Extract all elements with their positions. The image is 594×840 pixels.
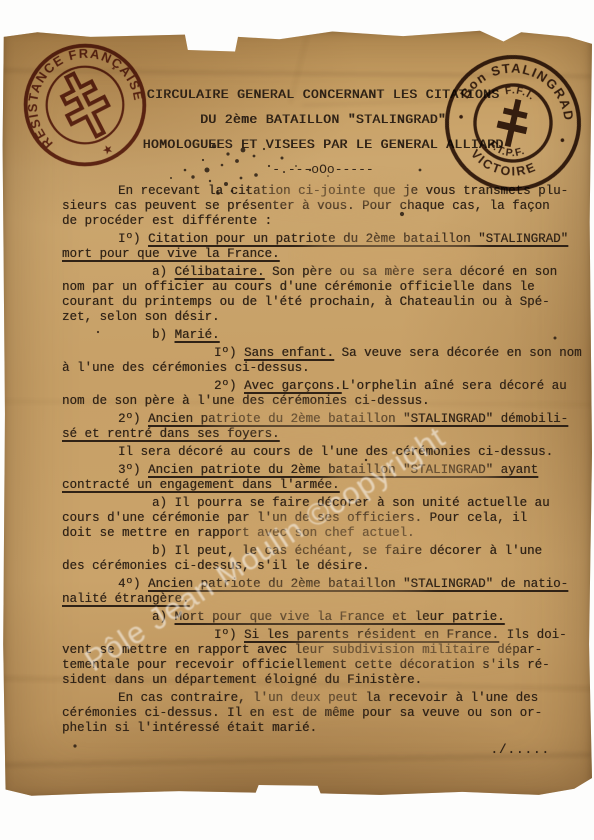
closing-paragraph: En cas contraire, l'un deux peut la rece…: [62, 691, 584, 736]
text-line: Il sera décoré au cours de l'une des cér…: [62, 445, 584, 460]
item-sans-enfant: Iº) Sans enfant. Sa veuve sera décorée e…: [62, 346, 584, 376]
text-line: a) Il pourra se faire décorer à son unit…: [62, 496, 584, 511]
text-line: nom par un officier au cours d'une cérém…: [62, 280, 584, 295]
text-line: sieurs cas peuvent se présenter à vous. …: [62, 199, 584, 214]
separator: -.---oOo-----: [62, 162, 584, 177]
crease-line: [2, 69, 592, 78]
text-line: a) Célibataire. Son père ou sa mère sera…: [62, 265, 584, 280]
continuation-mark: ./.....: [62, 743, 584, 758]
paragraph: Il sera décoré au cours de l'une des cér…: [62, 445, 584, 460]
typewritten-text: CIRCULAIRE GENERAL CONCERNANT LES CITATI…: [62, 87, 584, 758]
text-line: doit se mettre en rapport avec son chef …: [62, 526, 584, 541]
text-line: contracté un engagement dans l'armée.: [62, 478, 584, 493]
text-line: Iº) Si les parents résident en France. I…: [62, 628, 584, 643]
text-line: Iº) Citation pour un patriote du 2ème ba…: [62, 232, 584, 247]
doc-title-line1: CIRCULAIRE GENERAL CONCERNANT LES CITATI…: [62, 87, 584, 102]
text-line: courant du printemps ou de l'été prochai…: [62, 295, 584, 310]
text-line: cours d'une cérémonie par l'un de ses of…: [62, 511, 584, 526]
text-line: 2º) Avec garçons.L'orphelin aîné sera dé…: [62, 379, 584, 394]
text-line: vent se mettre en rapport avec leur subd…: [62, 643, 584, 658]
item-b-marie: b) Marié.: [62, 328, 584, 343]
text-line: à l'une des cérémonies ci-dessus.: [62, 361, 584, 376]
section-heading-4: 4º) Ancien patriote du 2ème bataillon "S…: [62, 577, 584, 607]
text-line: Iº) Sans enfant. Sa veuve sera décorée e…: [62, 346, 584, 361]
text-line: des cérémonies ci-dessus, s'il le désire…: [62, 559, 584, 574]
document-paper: CIRCULAIRE GENERAL CONCERNANT LES CITATI…: [2, 30, 592, 798]
text-line: de procéder est différente :: [62, 214, 584, 229]
item-parents-france: Iº) Si les parents résident en France. I…: [62, 628, 584, 688]
text-line: a) Mort pour que vive la France et leur …: [62, 610, 584, 625]
intro-paragraph: En recevant la citation ci-jointe que je…: [62, 184, 584, 229]
item-a-unite: a) Il pourra se faire décorer à son unit…: [62, 496, 584, 541]
item-a-celibataire: a) Célibataire. Son père ou sa mère sera…: [62, 265, 584, 325]
text-line: 2º) Ancien patriote du 2ème bataillon "S…: [62, 412, 584, 427]
text-line: nom de son père à l'une des cérémonies c…: [62, 394, 584, 409]
text-line: 3º) Ancien patriote du 2ème bataillon "S…: [62, 463, 584, 478]
doc-title-line3: HOMOLOGUEES ET VISEES PAR LE GENERAL ALL…: [62, 137, 584, 152]
text-line: zet, selon son désir.: [62, 310, 584, 325]
section-heading-3: 3º) Ancien patriote du 2ème bataillon "S…: [62, 463, 584, 493]
text-line: En cas contraire, l'un deux peut la rece…: [62, 691, 584, 706]
text-line: nalité étrangère.: [62, 592, 584, 607]
text-line: sident dans un département éloigné du Fi…: [62, 673, 584, 688]
text-line: cérémonies ci-dessus. Il en est de même …: [62, 706, 584, 721]
text-line: b) Marié.: [62, 328, 584, 343]
text-line: b) Il peut, le cas échéant, se faire déc…: [62, 544, 584, 559]
text-line: sé et rentré dans ses foyers.: [62, 427, 584, 442]
text-line: 4º) Ancien patriote du 2ème bataillon "S…: [62, 577, 584, 592]
section-heading-1: Iº) Citation pour un patriote du 2ème ba…: [62, 232, 584, 262]
text-line: phelin si l'intéressé était marié.: [62, 721, 584, 736]
text-line: tementale pour recevoir officiellement c…: [62, 658, 584, 673]
text-line: En recevant la citation ci-jointe que je…: [62, 184, 584, 199]
scanned-document-page: CIRCULAIRE GENERAL CONCERNANT LES CITATI…: [0, 0, 594, 840]
item-avec-garcons: 2º) Avec garçons.L'orphelin aîné sera dé…: [62, 379, 584, 409]
item-a-mort: a) Mort pour que vive la France et leur …: [62, 610, 584, 625]
section-heading-2: 2º) Ancien patriote du 2ème bataillon "S…: [62, 412, 584, 442]
item-b-ceremonies: b) Il peut, le cas échéant, se faire déc…: [62, 544, 584, 574]
doc-title-line2: DU 2ème BATAILLON "STALINGRAD": [62, 112, 584, 127]
text-line: mort pour que vive la France.: [62, 247, 584, 262]
